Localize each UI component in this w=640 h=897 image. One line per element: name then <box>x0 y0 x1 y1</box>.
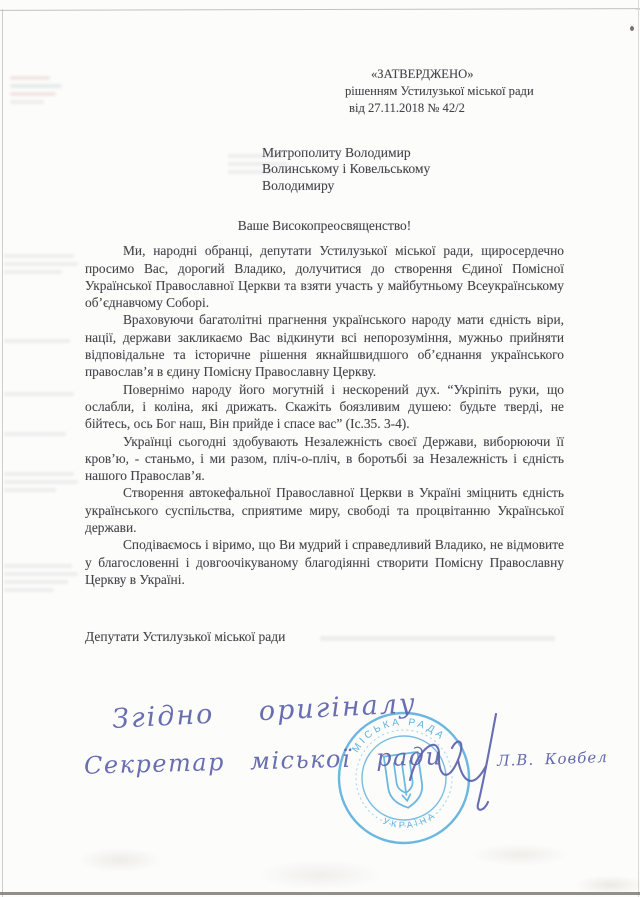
scan-edge-right <box>638 0 639 897</box>
paragraph: Ми, народні обранці, депутати Устилузько… <box>85 242 564 311</box>
pen-dot-mark <box>630 26 634 31</box>
addressee-line: Митрополиту Володимир <box>262 145 492 161</box>
approval-line: «ЗАТВЕРДЖЕНО» <box>371 66 580 83</box>
paragraph: Враховуючи багатолітні прагнення українс… <box>85 311 564 380</box>
scanned-letter-page: «ЗАТВЕРДЖЕНО» рішенням Устилузької міськ… <box>0 0 640 897</box>
letter-body: Ваше Високопреосвященство! Ми, народні о… <box>85 217 564 588</box>
scan-noise <box>0 815 640 895</box>
bleed-through-ghost <box>4 250 78 278</box>
addressee-line: Волинському і Ковельському <box>262 161 492 177</box>
paragraph: Створення автокефальної Православної Цер… <box>85 484 564 536</box>
approval-line: рішенням Устилузької міської ради <box>345 83 580 100</box>
bleed-through-ghost <box>320 632 555 645</box>
addressee-block: Митрополиту Володимир Волинському і Кове… <box>262 145 492 194</box>
secretary-signature <box>396 708 531 823</box>
approval-line: від 27.11.2018 № 42/2 <box>349 100 580 117</box>
paragraph: Сподіваємось і віримо, що Ви мудрий і сп… <box>85 536 564 588</box>
bleed-through-ghost <box>4 468 78 496</box>
bleed-through-ghost <box>4 428 74 440</box>
paragraph: Повернімо народу його могутній і нескоре… <box>85 381 564 433</box>
bleed-through-ghost <box>4 335 74 347</box>
paragraph: Українці сьогодні здобувають Незалежніст… <box>85 433 564 485</box>
bleed-through-ghost <box>4 560 78 596</box>
signoff: Депутати Устилузької міської ради <box>85 629 285 645</box>
bleed-through-ghost <box>4 388 74 400</box>
salutation: Ваше Високопреосвященство! <box>85 217 564 234</box>
addressee-line: Володимиру <box>262 178 492 194</box>
approval-block: «ЗАТВЕРДЖЕНО» рішенням Устилузької міськ… <box>345 66 580 117</box>
scan-edge-left <box>2 9 3 897</box>
scan-edge-top <box>0 8 640 11</box>
scan-edge-bottom <box>0 892 640 895</box>
bleed-through-ghost <box>10 72 62 108</box>
